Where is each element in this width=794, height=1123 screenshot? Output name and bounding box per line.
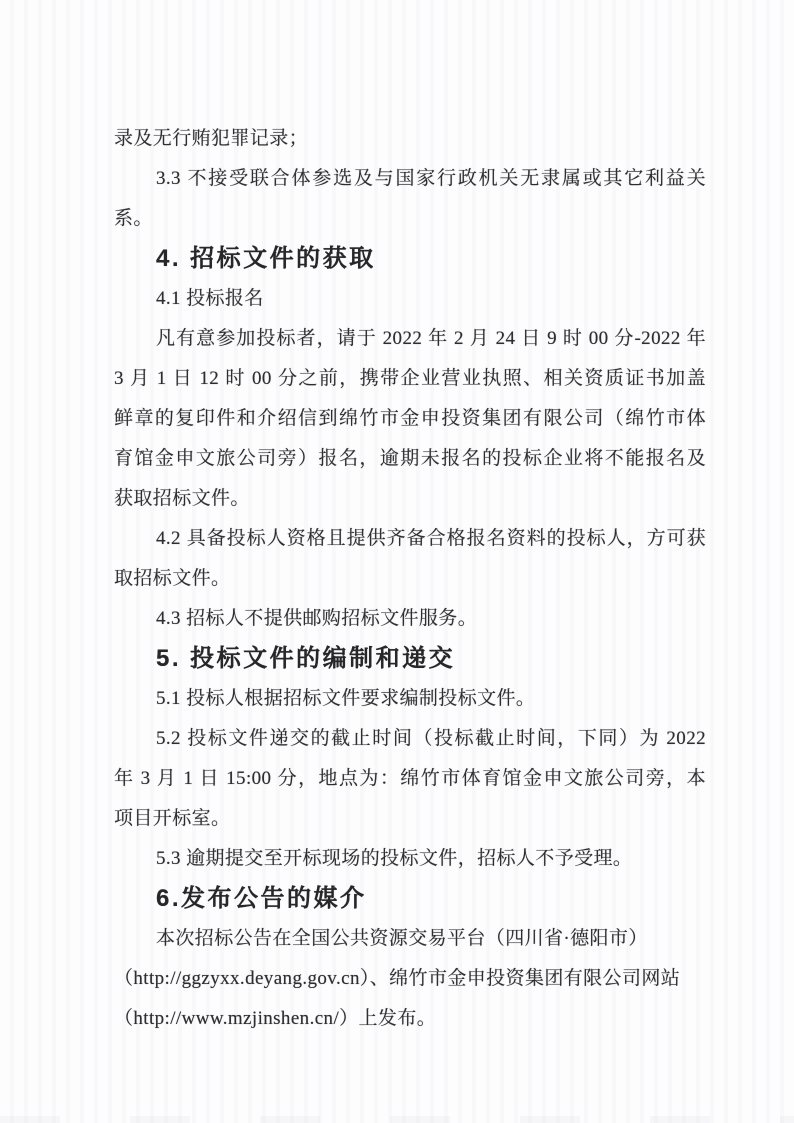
document-content: 录及无行贿犯罪记录； 3.3 不接受联合体参选及与国家行政机关无隶属或其它利益关… — [114, 119, 706, 1039]
section-heading-5: 5. 投标文件的编制和递交 — [114, 639, 706, 679]
scan-edge-artifact — [0, 1116, 794, 1123]
paragraph-line: 本次招标公告在全国公共资源交易平台（四川省·德阳市） — [114, 919, 706, 959]
paragraph-line-url: （http://www.mzjinshen.cn/）上发布。 — [114, 999, 706, 1039]
section-heading-6: 6.发布公告的媒介 — [114, 879, 706, 919]
paragraph-line: 5.1 投标人根据招标文件要求编制投标文件。 — [114, 679, 706, 719]
paragraph-line: 系。 — [114, 199, 706, 239]
paragraph-line: 凡有意参加投标者，请于 2022 年 2 月 24 日 9 时 00 分-202… — [114, 319, 706, 359]
section-heading-4: 4. 招标文件的获取 — [114, 239, 706, 279]
paragraph-line-url: （http://ggzyxx.deyang.gov.cn）、绵竹市金申投资集团有… — [114, 959, 706, 999]
paragraph-line: 年 3 月 1 日 15:00 分，地点为：绵竹市体育馆金申文旅公司旁，本 — [114, 759, 706, 799]
paragraph-line: 录及无行贿犯罪记录； — [114, 119, 706, 159]
scanned-document-page: 录及无行贿犯罪记录； 3.3 不接受联合体参选及与国家行政机关无隶属或其它利益关… — [0, 0, 794, 1123]
paragraph-line: 鲜章的复印件和介绍信到绵竹市金申投资集团有限公司（绵竹市体 — [114, 399, 706, 439]
paragraph-line: 4.2 具备投标人资格且提供齐备合格报名资料的投标人，方可获 — [114, 519, 706, 559]
paragraph-line: 获取招标文件。 — [114, 479, 706, 519]
paragraph-line: 5.3 逾期提交至开标现场的投标文件，招标人不予受理。 — [114, 839, 706, 879]
paragraph-line: 项目开标室。 — [114, 799, 706, 839]
paragraph-line: 3 月 1 日 12 时 00 分之前，携带企业营业执照、相关资质证书加盖 — [114, 359, 706, 399]
paragraph-line: 4.1 投标报名 — [114, 279, 706, 319]
paragraph-line: 3.3 不接受联合体参选及与国家行政机关无隶属或其它利益关 — [114, 159, 706, 199]
paragraph-line: 取招标文件。 — [114, 559, 706, 599]
paragraph-line: 4.3 招标人不提供邮购招标文件服务。 — [114, 599, 706, 639]
paragraph-line: 5.2 投标文件递交的截止时间（投标截止时间，下同）为 2022 — [114, 719, 706, 759]
paragraph-line: 育馆金申文旅公司旁）报名，逾期未报名的投标企业将不能报名及 — [114, 439, 706, 479]
